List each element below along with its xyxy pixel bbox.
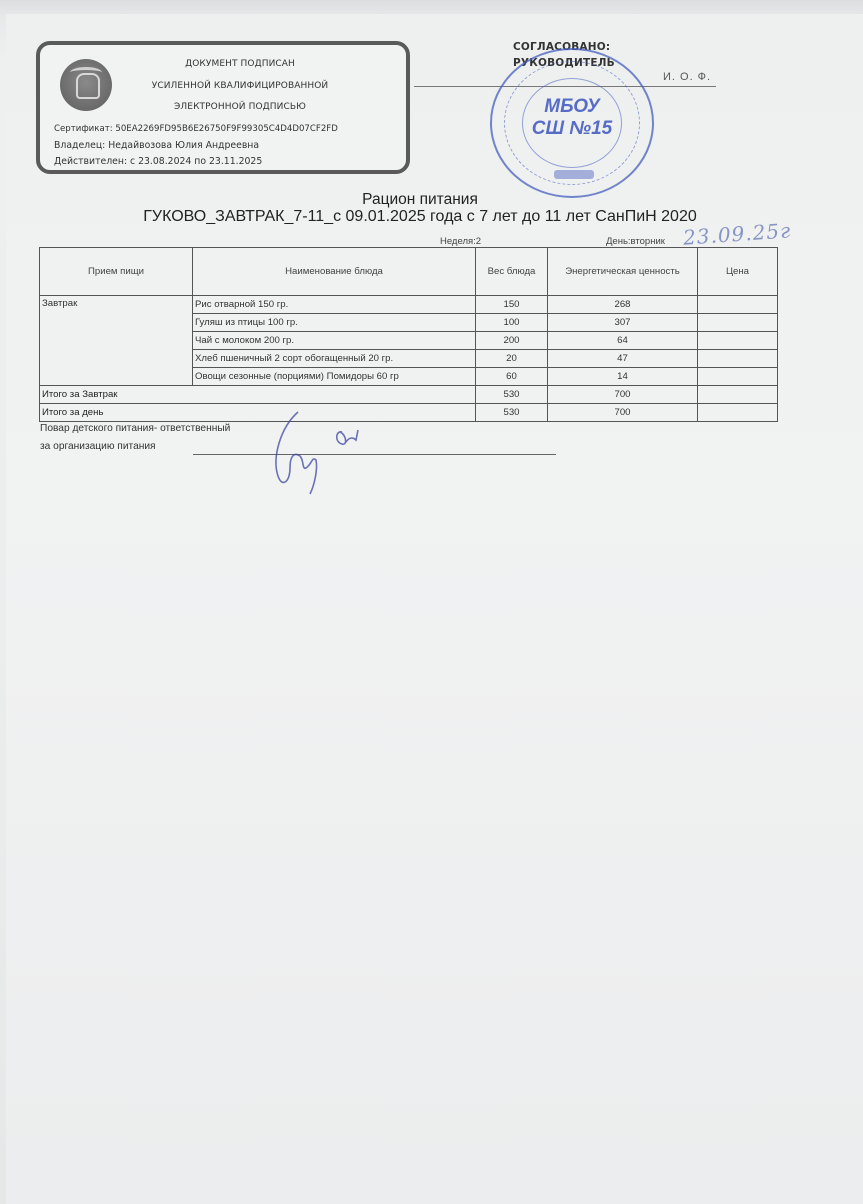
dish-name: Гуляш из птицы 100 гр. [193, 314, 476, 332]
table-row: Завтрак Рис отварной 150 гр. 150 268 [40, 296, 778, 314]
column-header-dish: Наименование блюда [193, 248, 476, 296]
dish-energy: 307 [548, 314, 698, 332]
week-label: Неделя:2 [440, 236, 481, 247]
total-row-day: Итого за день 530 700 [40, 404, 778, 422]
document-title: Рацион питания [0, 191, 840, 209]
dish-price [698, 296, 778, 314]
table-header-row: Прием пищи Наименование блюда Вес блюда … [40, 248, 778, 296]
signature-heading-line-1: ДОКУМЕНТ ПОДПИСАН [120, 59, 360, 69]
approval-signature-line [414, 86, 716, 87]
dish-energy: 64 [548, 332, 698, 350]
day-label: День:вторник [606, 236, 665, 247]
dish-price [698, 368, 778, 386]
signature-heading-line-2: УСИЛЕННОЙ КВАЛИФИЦИРОВАННОЙ [120, 81, 360, 91]
dish-weight: 150 [476, 296, 548, 314]
dish-price [698, 314, 778, 332]
menu-table: Прием пищи Наименование блюда Вес блюда … [39, 247, 778, 422]
certificate-validity: Действителен: с 23.08.2024 по 23.11.2025 [54, 156, 262, 167]
total-weight: 530 [476, 386, 548, 404]
dish-weight: 200 [476, 332, 548, 350]
dish-name: Рис отварной 150 гр. [193, 296, 476, 314]
approval-role: РУКОВОДИТЕЛЬ [513, 57, 615, 69]
signature-heading-line-3: ЭЛЕКТРОННОЙ ПОДПИСЬЮ [120, 102, 360, 112]
responsible-signature-line [193, 454, 556, 455]
coat-of-arms-emblem-icon [60, 59, 112, 111]
total-price [698, 386, 778, 404]
meal-name-cell: Завтрак [40, 296, 193, 386]
dish-name: Овощи сезонные (порциями) Помидоры 60 гр [193, 368, 476, 386]
column-header-meal: Прием пищи [40, 248, 193, 296]
dish-weight: 20 [476, 350, 548, 368]
total-row-breakfast: Итого за Завтрак 530 700 [40, 386, 778, 404]
responsible-person-label-line-1: Повар детского питания- ответственный [40, 423, 230, 434]
dish-energy: 14 [548, 368, 698, 386]
total-energy: 700 [548, 386, 698, 404]
dish-name: Чай с молоком 200 гр. [193, 332, 476, 350]
dish-energy: 268 [548, 296, 698, 314]
column-header-weight: Вес блюда [476, 248, 548, 296]
total-label: Итого за день [40, 404, 476, 422]
approval-fio: И. О. Ф. [663, 71, 711, 83]
electronic-signature-block: ДОКУМЕНТ ПОДПИСАН УСИЛЕННОЙ КВАЛИФИЦИРОВ… [36, 41, 410, 174]
dish-energy: 47 [548, 350, 698, 368]
responsible-person-label-line-2: за организацию питания [40, 441, 156, 452]
dish-weight: 60 [476, 368, 548, 386]
column-header-energy: Энергетическая ценность [548, 248, 698, 296]
total-label: Итого за Завтрак [40, 386, 476, 404]
dish-weight: 100 [476, 314, 548, 332]
column-header-price: Цена [698, 248, 778, 296]
dish-name: Хлеб пшеничный 2 сорт обогащенный 20 гр. [193, 350, 476, 368]
certificate-owner: Владелец: Недайвозова Юлия Андреевна [54, 140, 259, 151]
dish-price [698, 332, 778, 350]
dish-price [698, 350, 778, 368]
total-weight: 530 [476, 404, 548, 422]
certificate-number: Сертификат: 50EA2269FD95B6E26750F9F99305… [54, 124, 338, 134]
total-energy: 700 [548, 404, 698, 422]
total-price [698, 404, 778, 422]
approval-label: СОГЛАСОВАНО: [513, 41, 610, 53]
